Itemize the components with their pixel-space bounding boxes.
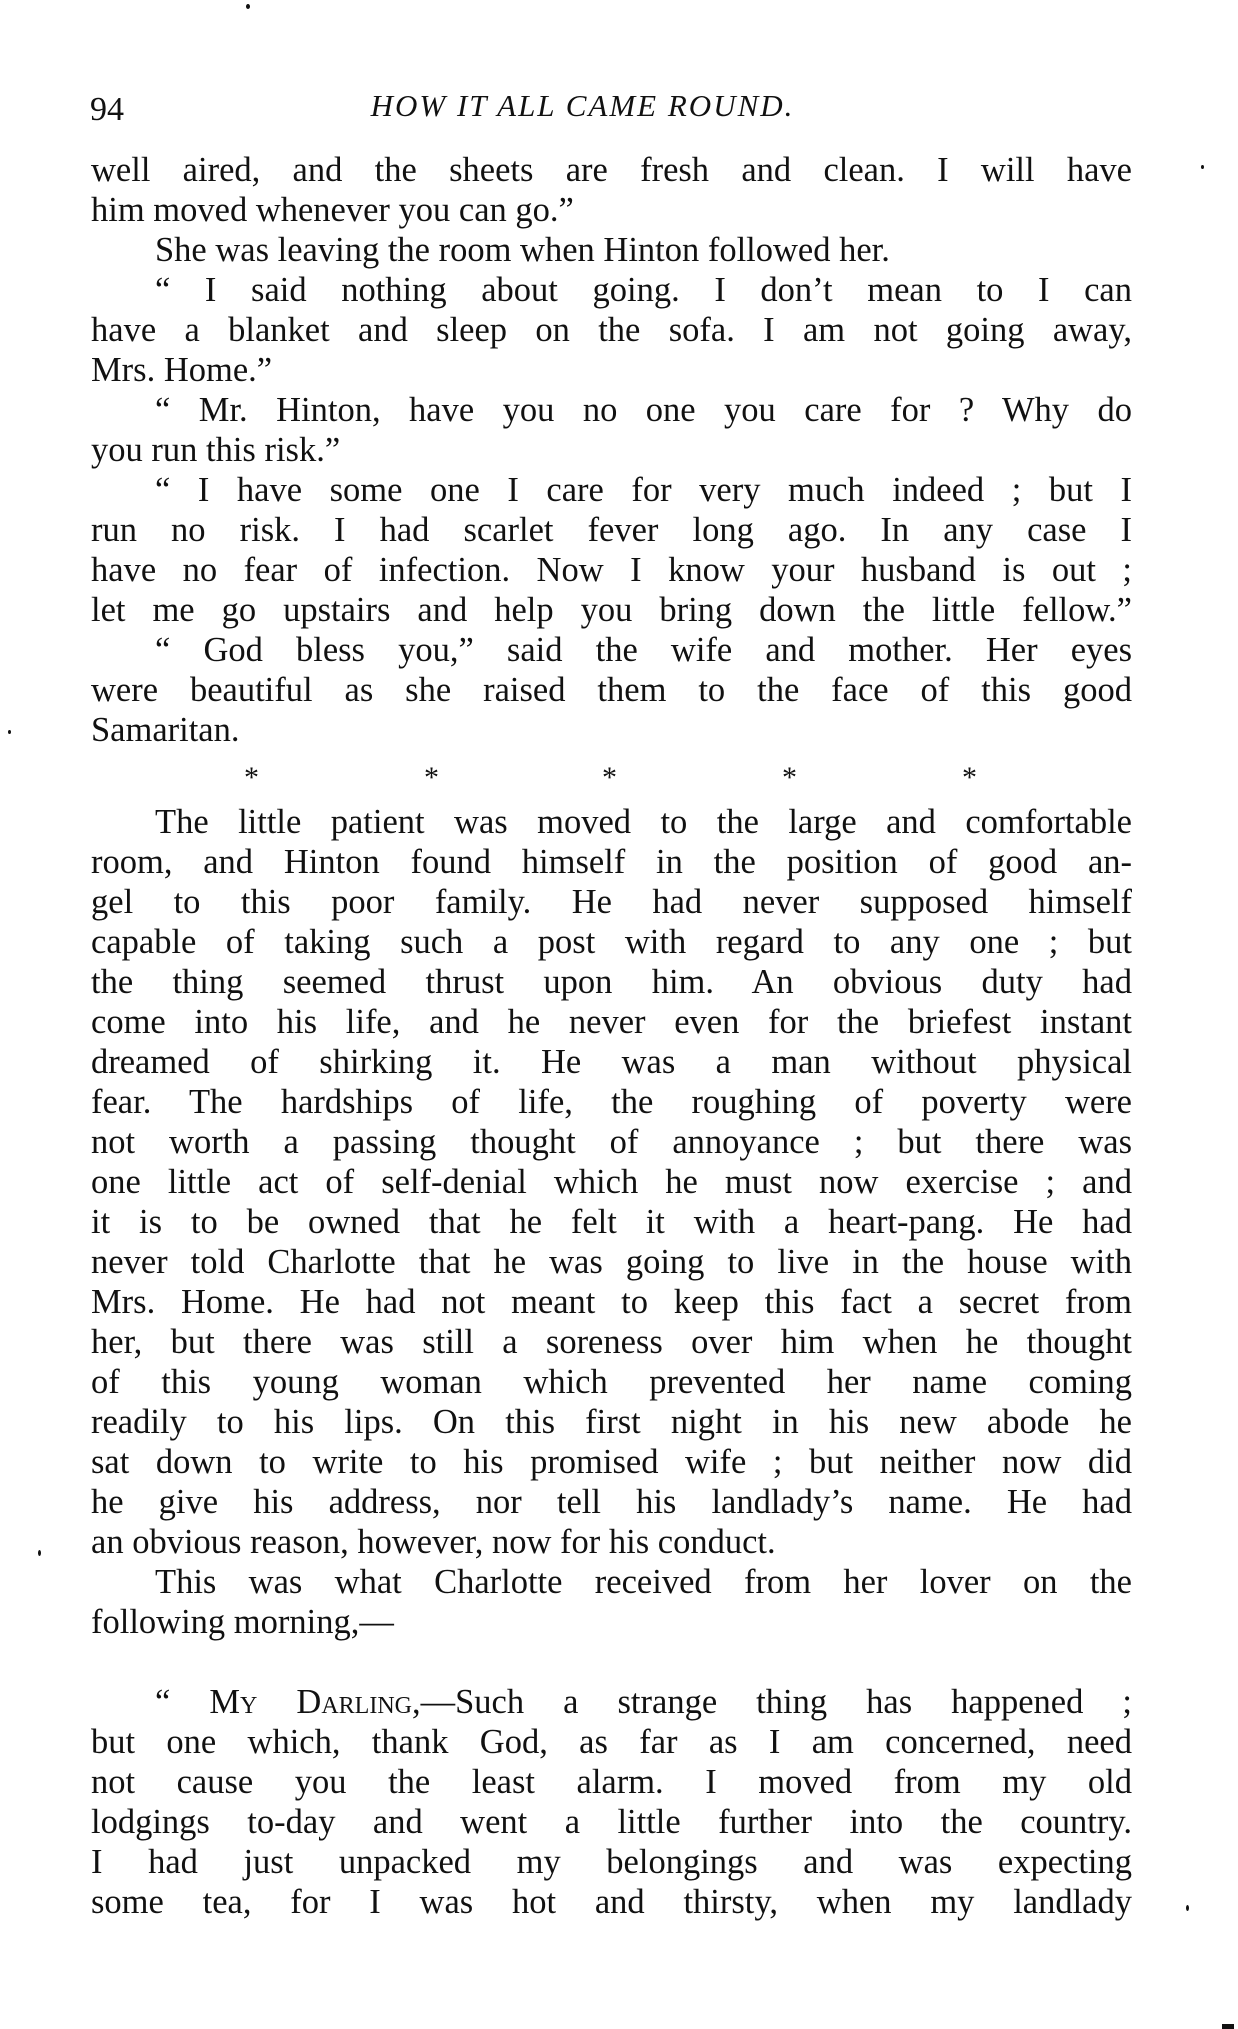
letter-line: not cause you the least alarm. I moved f… <box>91 1762 1132 1802</box>
separator-asterisk: * <box>424 758 439 798</box>
text-line: sat down to write to his promised wife ;… <box>91 1442 1132 1482</box>
text-line: Samaritan. <box>91 710 1132 750</box>
letter-salutation: My Darling, <box>209 1683 420 1721</box>
scan-speck <box>38 1550 41 1556</box>
text-line: dreamed of shirking it. He was a man wit… <box>91 1042 1132 1082</box>
text-line: let me go upstairs and help you bring do… <box>91 590 1132 630</box>
page-header: 94 HOW IT ALL CAME ROUND. <box>90 86 1135 130</box>
text-line: an obvious reason, however, now for his … <box>91 1522 1132 1562</box>
text-line: fear. The hardships of life, the roughin… <box>91 1082 1132 1122</box>
book-page: 94 HOW IT ALL CAME ROUND. well aired, an… <box>0 0 1238 2029</box>
letter-section: “ My Darling,—Such a strange thing has h… <box>91 1682 1132 1922</box>
letter-line: I had just unpacked my belongings and wa… <box>91 1842 1132 1882</box>
separator-asterisk: * <box>962 758 977 798</box>
text-line: him moved whenever you can go.” <box>91 190 1132 230</box>
scan-speck <box>1186 1905 1189 1911</box>
text-line: The little patient was moved to the larg… <box>91 802 1132 842</box>
section-separator: * * * * * <box>0 758 1238 798</box>
text-line: well aired, and the sheets are fresh and… <box>91 150 1132 190</box>
scan-speck <box>246 4 250 9</box>
text-line: have no fear of infection. Now I know yo… <box>91 550 1132 590</box>
text-line: “ I said nothing about going. I don’t me… <box>91 270 1132 310</box>
text-line: This was what Charlotte received from he… <box>91 1562 1132 1602</box>
text-line: of this young woman which prevented her … <box>91 1362 1132 1402</box>
text-line: the thing seemed thrust upon him. An obv… <box>91 962 1132 1002</box>
body-section-1: well aired, and the sheets are fresh and… <box>91 150 1132 750</box>
running-title: HOW IT ALL CAME ROUND. <box>90 86 1135 126</box>
text-line: Mrs. Home.” <box>91 350 1132 390</box>
text-line: her, but there was still a soreness over… <box>91 1322 1132 1362</box>
text-line: capable of taking such a post with regar… <box>91 922 1132 962</box>
text-line: gel to this poor family. He had never su… <box>91 882 1132 922</box>
text-line: one little act of self-denial which he m… <box>91 1162 1132 1202</box>
scan-speck <box>1222 2024 1234 2029</box>
open-quote: “ <box>155 1683 209 1721</box>
text-line: Mrs. Home. He had not meant to keep this… <box>91 1282 1132 1322</box>
body-section-2: The little patient was moved to the larg… <box>91 802 1132 1642</box>
scan-speck <box>8 730 11 734</box>
text-line: were beautiful as she raised them to the… <box>91 670 1132 710</box>
separator-asterisk: * <box>244 758 259 798</box>
text-line: never told Charlotte that he was going t… <box>91 1242 1132 1282</box>
text-line: come into his life, and he never even fo… <box>91 1002 1132 1042</box>
scan-speck <box>1201 165 1204 169</box>
text-line: it is to be owned that he felt it with a… <box>91 1202 1132 1242</box>
text-line: have a blanket and sleep on the sofa. I … <box>91 310 1132 350</box>
text-line: “ I have some one I care for very much i… <box>91 470 1132 510</box>
letter-line: some tea, for I was hot and thirsty, whe… <box>91 1882 1132 1922</box>
text-line: not worth a passing thought of annoyance… <box>91 1122 1132 1162</box>
text-line: he give his address, nor tell his landla… <box>91 1482 1132 1522</box>
text-line: room, and Hinton found himself in the po… <box>91 842 1132 882</box>
text-line: “ God bless you,” said the wife and moth… <box>91 630 1132 670</box>
text-line: She was leaving the room when Hinton fol… <box>91 230 1132 270</box>
text-line: following morning,— <box>91 1602 1132 1642</box>
letter-salutation-line: “ My Darling,—Such a strange thing has h… <box>91 1682 1132 1722</box>
text-line: you run this risk.” <box>91 430 1132 470</box>
separator-asterisk: * <box>782 758 797 798</box>
text-line: run no risk. I had scarlet fever long ag… <box>91 510 1132 550</box>
letter-line: but one which, thank God, as far as I am… <box>91 1722 1132 1762</box>
text-line: readily to his lips. On this first night… <box>91 1402 1132 1442</box>
separator-asterisk: * <box>602 758 617 798</box>
text-line: “ Mr. Hinton, have you no one you care f… <box>91 390 1132 430</box>
letter-line: lodgings to-day and went a little furthe… <box>91 1802 1132 1842</box>
letter-first-line: —Such a strange thing has happened ; <box>421 1683 1132 1721</box>
